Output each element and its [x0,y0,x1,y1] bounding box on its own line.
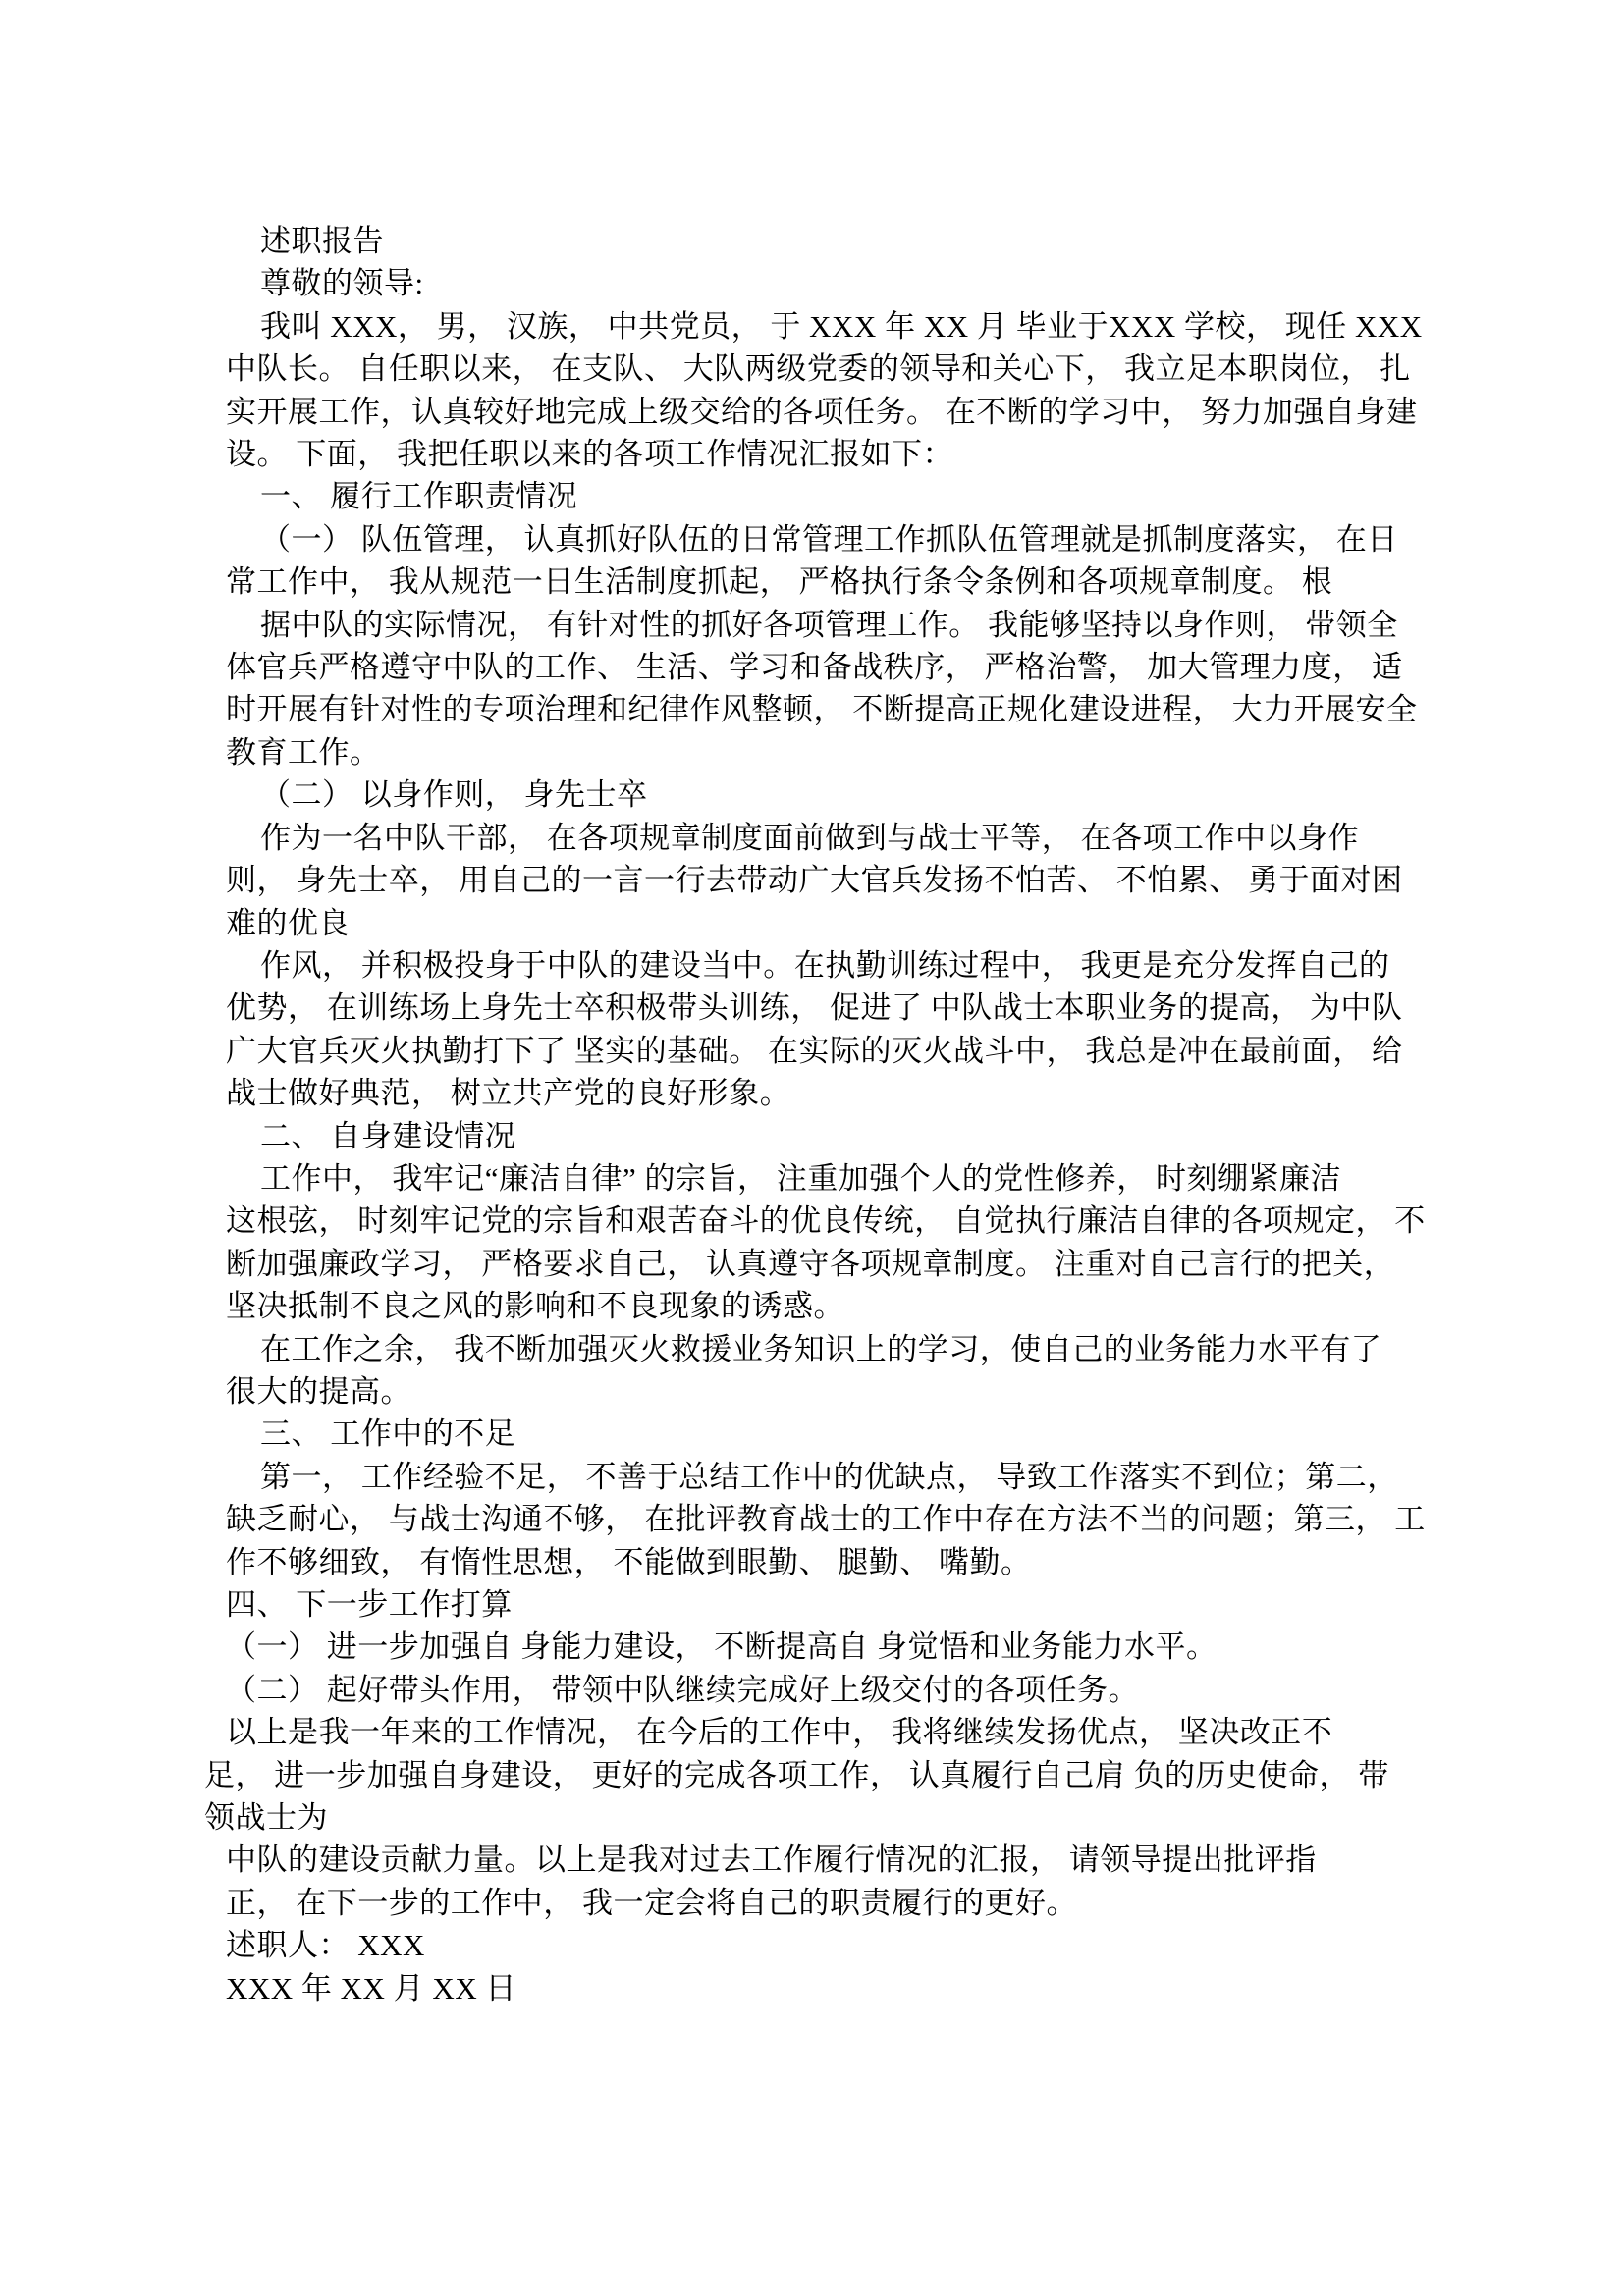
text-line: 这根弦， 时刻牢记党的宗旨和艰苦奋斗的优良传统， 自觉执行廉洁自律的各项规定， … [226,1200,1451,1242]
text-line: 优势， 在训练场上身先士卒积极带头训练， 促进了 中队战士本职业务的提高， 为中… [226,987,1451,1029]
text-line: 在工作之余， 我不断加强灭火救援业务知识上的学习，使自己的业务能力水平有了 [260,1328,1451,1370]
text-line: 坚决抵制不良之风的影响和不良现象的诱惑。 [226,1285,1451,1327]
text-line: （一） 进一步加强自 身能力建设， 不断提高自 身觉悟和业务能力水平。 [226,1626,1451,1668]
text-line: 教育工作。 [226,731,1451,774]
text-line: （二） 以身作则， 身先士卒 [260,774,1451,816]
text-line: 很大的提高。 [226,1370,1451,1413]
text-line: 缺乏耐心， 与战士沟通不够， 在批评教育战士的工作中存在方法不当的问题；第三， … [226,1498,1451,1540]
text-line: 实开展工作，认真较好地完成上级交给的各项任务。 在不断的学习中， 努力加强自身建 [226,391,1451,433]
text-line: 述职人： XXX [226,1924,1451,1966]
document-text: 述职报告尊敬的领导:我叫 XXX， 男， 汉族， 中共党员， 于 XXX 年 X… [204,220,1451,2009]
text-line: 二、 自身建设情况 [260,1115,1451,1157]
text-line: XXX 年 XX 月 XX 日 [226,1967,1451,2009]
text-line: 广大官兵灭火执勤打下了 坚实的基础。 在实际的灭火战斗中， 我总是冲在最前面， … [226,1030,1451,1072]
text-line: 述职报告 [260,220,1451,262]
text-line: 据中队的实际情况， 有针对性的抓好各项管理工作。 我能够坚持以身作则， 带领全 [260,604,1451,646]
text-line: 断加强廉政学习， 严格要求自己， 认真遵守各项规章制度。 注重对自己言行的把关， [226,1243,1451,1285]
text-line: 作风， 并积极投身于中队的建设当中。在执勤训练过程中， 我更是充分发挥自己的 [260,944,1451,987]
text-line: 难的优良 [226,902,1451,944]
text-line: 四、 下一步工作打算 [226,1583,1451,1626]
text-line: （二） 起好带头作用， 带领中队继续完成好上级交付的各项任务。 [226,1669,1451,1711]
text-line: 足， 进一步加强自身建设， 更好的完成各项工作， 认真履行自己肩 负的历史使命，… [204,1754,1451,1796]
text-line: 工作中， 我牢记“廉洁自律” 的宗旨， 注重加强个人的党性修养， 时刻绷紧廉洁 [260,1157,1451,1200]
text-line: 作不够细致， 有惰性思想， 不能做到眼勤、 腿勤、 嘴勤。 [226,1541,1451,1583]
text-line: 我叫 XXX， 男， 汉族， 中共党员， 于 XXX 年 XX 月 毕业于XXX… [260,305,1451,347]
text-line: 体官兵严格遵守中队的工作、 生活、学习和备战秩序， 严格治警， 加大管理力度， … [226,646,1451,688]
text-line: 中队长。 自任职以来， 在支队、 大队两级党委的领导和关心下， 我立足本职岗位，… [226,347,1451,390]
text-line: 常工作中， 我从规范一日生活制度抓起， 严格执行条令条例和各项规章制度。 根 [226,561,1451,603]
text-line: 战士做好典范， 树立共产党的良好形象。 [226,1072,1451,1114]
text-line: 时开展有针对性的专项治理和纪律作风整顿， 不断提高正规化建设进程， 大力开展安全 [226,688,1451,730]
text-line: （一） 队伍管理， 认真抓好队伍的日常管理工作抓队伍管理就是抓制度落实， 在日 [260,518,1451,561]
text-line: 设。 下面， 我把任职以来的各项工作情况汇报如下： [226,433,1451,475]
text-line: 第一， 工作经验不足， 不善于总结工作中的优缺点， 导致工作落实不到位；第二， [260,1456,1451,1498]
text-line: 三、 工作中的不足 [260,1413,1451,1455]
text-line: 尊敬的领导: [260,262,1451,304]
text-line: 领战士为 [204,1796,1451,1839]
text-line: 作为一名中队干部， 在各项规章制度面前做到与战士平等， 在各项工作中以身作 [260,817,1451,859]
text-line: 以上是我一年来的工作情况， 在今后的工作中， 我将继续发扬优点， 坚决改正不 [226,1711,1451,1753]
text-line: 正， 在下一步的工作中， 我一定会将自己的职责履行的更好。 [226,1882,1451,1924]
text-line: 中队的建设贡献力量。以上是我对过去工作履行情况的汇报， 请领导提出批评指 [226,1839,1451,1881]
document-page: 述职报告尊敬的领导:我叫 XXX， 男， 汉族， 中共党员， 于 XXX 年 X… [0,0,1624,2296]
text-line: 则， 身先士卒， 用自己的一言一行去带动广大官兵发扬不怕苦、 不怕累、 勇于面对… [226,859,1451,901]
text-line: 一、 履行工作职责情况 [260,475,1451,517]
